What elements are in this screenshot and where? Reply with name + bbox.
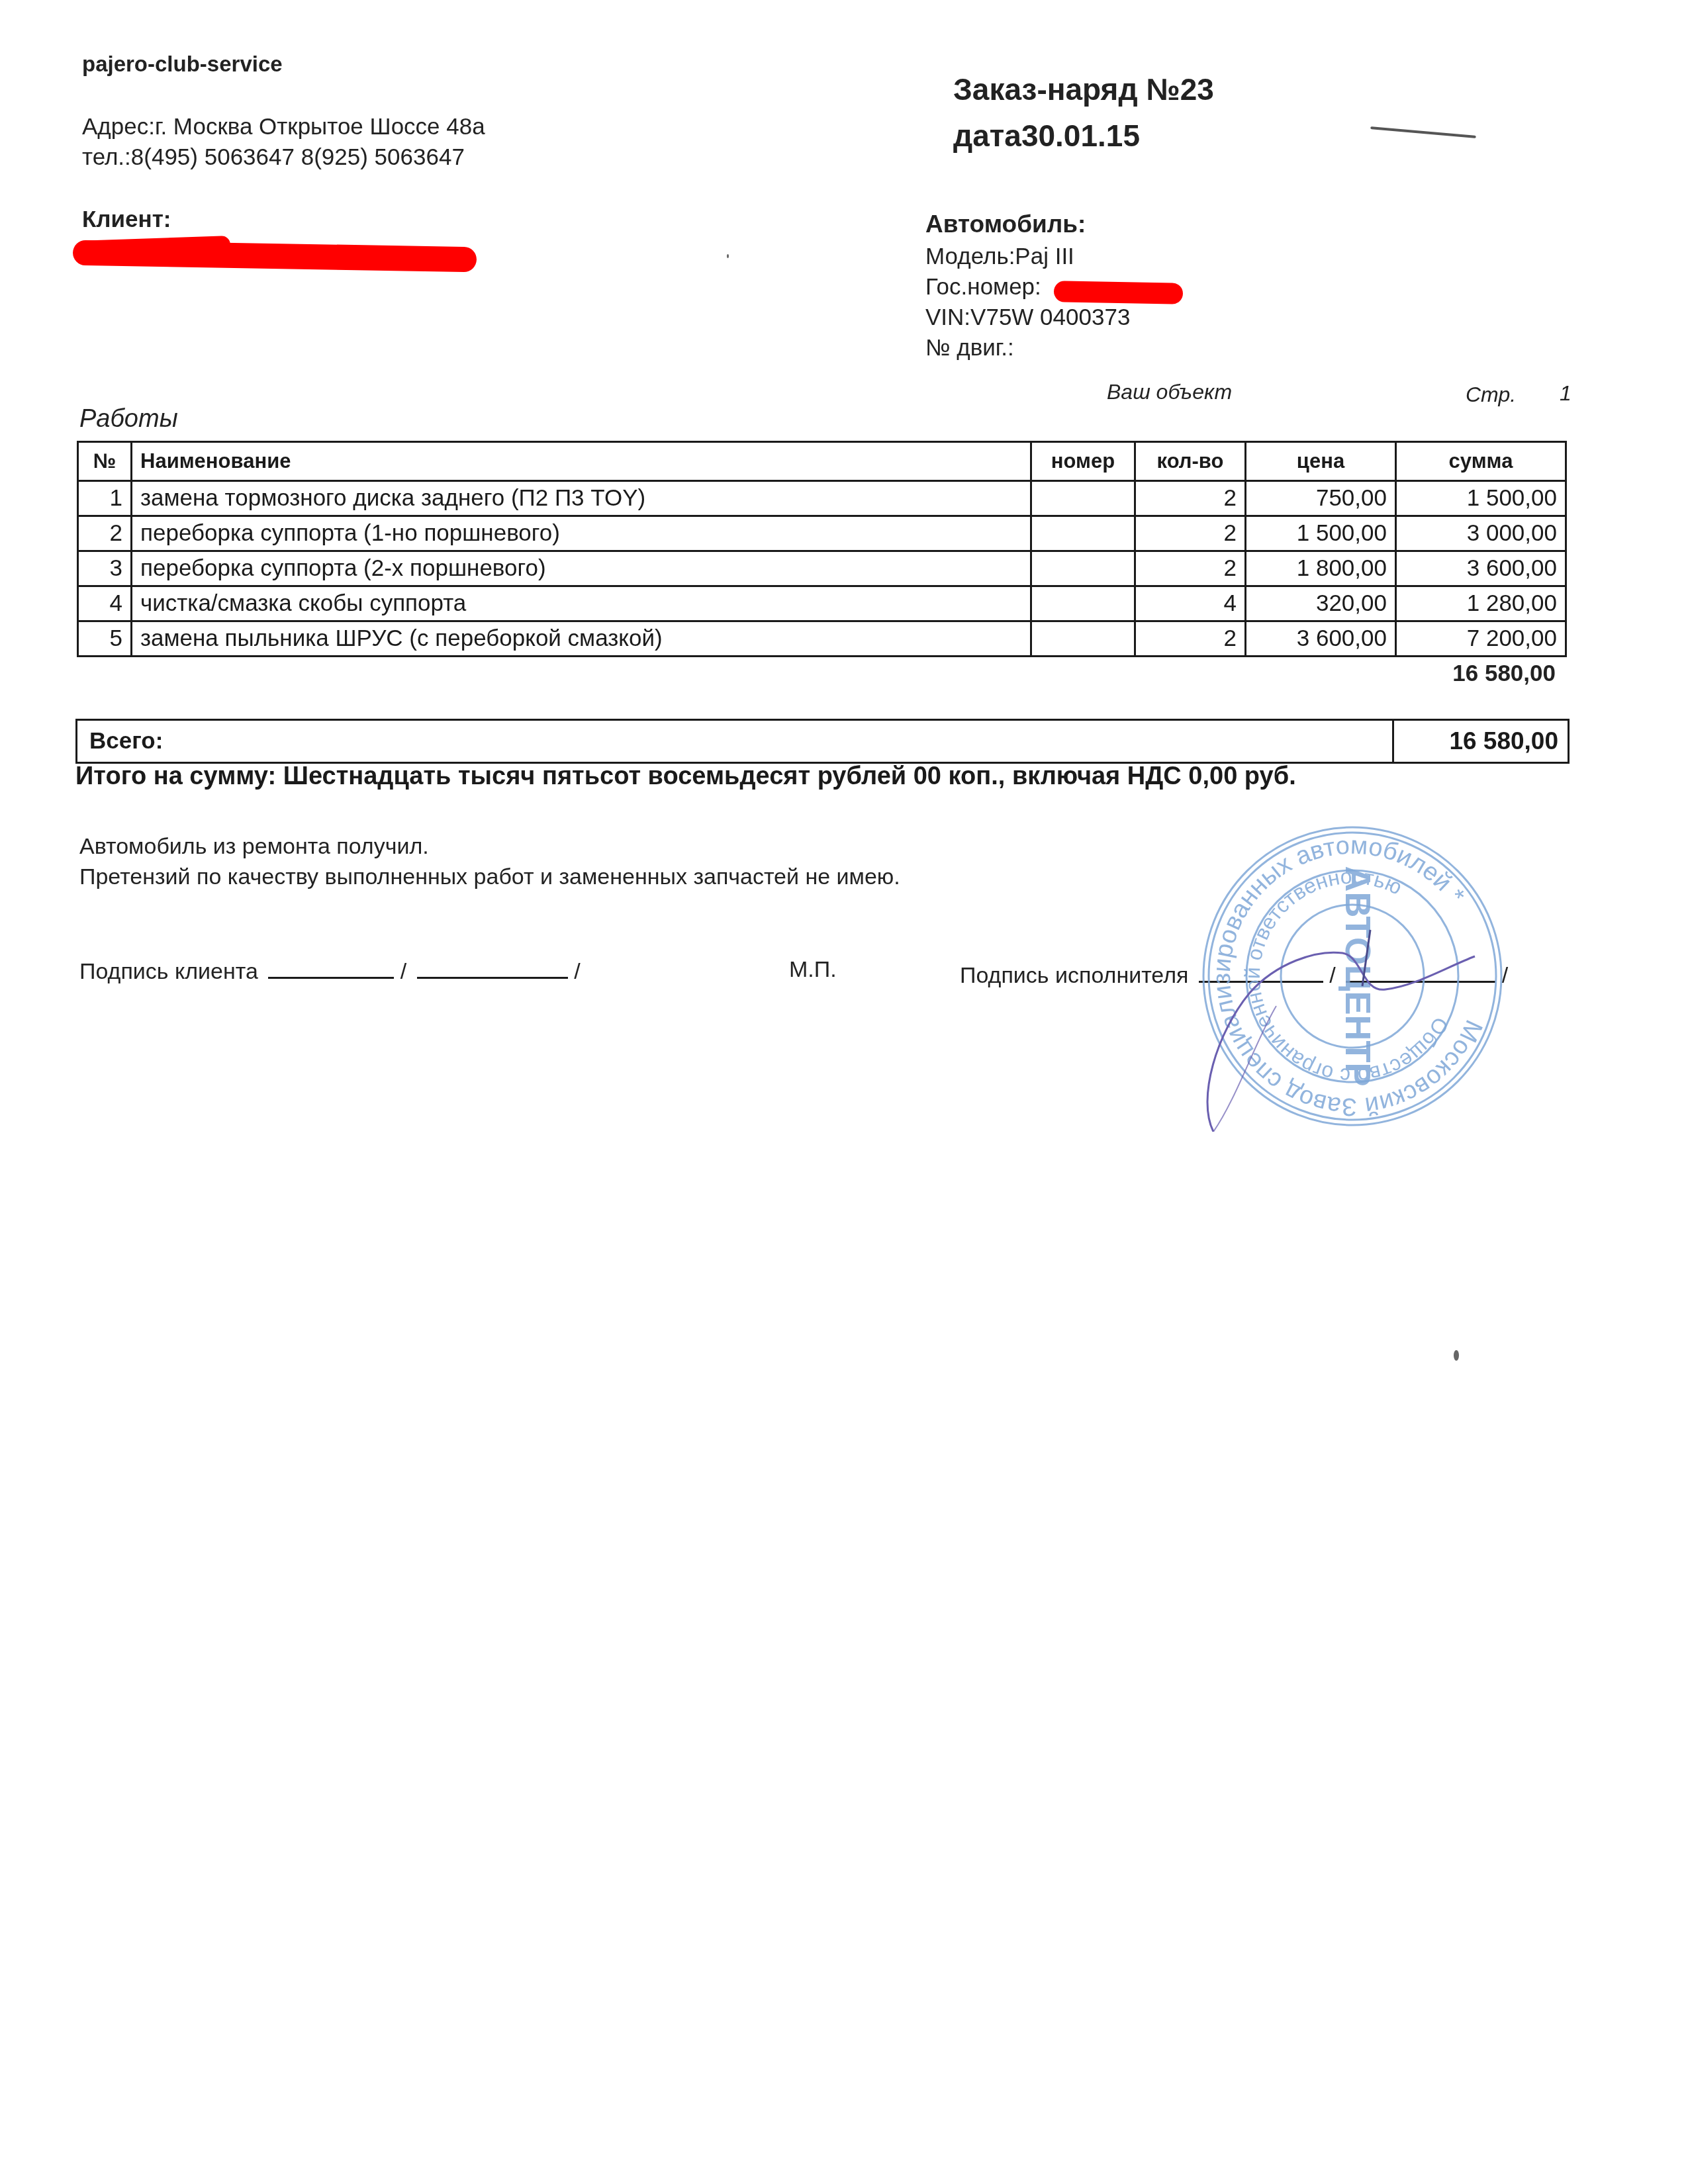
works-subtotal: 16 580,00 [1383,660,1556,687]
row-number: 3 [78,551,132,586]
row-sum: 7 200,00 [1396,621,1566,657]
company-address: Адрес:г. Москва Открытое Шоссе 48а [82,114,485,140]
row-part-number [1031,551,1135,586]
client-signature-separator: / [400,959,406,984]
row-price: 1 500,00 [1246,516,1396,551]
client-name-line [417,957,568,979]
table-row: 1замена тормозного диска заднего (П2 П3 … [78,481,1566,516]
row-number: 1 [78,481,132,516]
total-in-words: Итого на сумму: Шестнадцать тысяч пятьсо… [75,762,1296,791]
client-signature-block: Подпись клиента / / [79,957,581,985]
total-row: Всего: 16 580,00 [75,719,1570,764]
row-quantity: 2 [1135,481,1246,516]
table-row: 5замена пыльника ШРУС (с переборкой смаз… [78,621,1566,657]
row-price: 3 600,00 [1246,621,1396,657]
row-sum: 3 600,00 [1396,551,1566,586]
date-value: 30.01.15 [1021,118,1140,153]
acceptance-line-2: Претензий по качеству выполненных работ … [79,864,900,890]
stamp-place-label: М.П. [789,957,837,983]
row-sum: 3 000,00 [1396,516,1566,551]
row-part-number [1031,621,1135,657]
total-value: 16 580,00 [1392,721,1568,762]
total-label: Всего: [77,721,1392,762]
col-sum: сумма [1396,442,1566,481]
row-name: переборка суппорта (1-но поршневого) [132,516,1031,551]
scan-speck [727,254,729,258]
row-name: переборка суппорта (2-х поршневого) [132,551,1031,586]
row-price: 750,00 [1246,481,1396,516]
executor-signature-label: Подпись исполнителя [960,963,1188,988]
company-name: pajero-club-service [82,52,283,77]
client-name-separator: / [574,959,580,984]
scan-speck [1454,1350,1459,1361]
row-part-number [1031,516,1135,551]
company-stamp: Московский Завод специализированных авто… [1197,821,1508,1132]
object-label: Ваш объект [1107,380,1232,404]
client-signature-label: Подпись клиента [79,959,258,984]
vehicle-plate-redaction [1054,281,1184,304]
row-price: 320,00 [1246,586,1396,621]
table-row: 4чистка/смазка скобы суппорта4320,001 28… [78,586,1566,621]
vehicle-heading: Автомобиль: [925,210,1086,238]
row-price: 1 800,00 [1246,551,1396,586]
acceptance-line-1: Автомобиль из ремонта получил. [79,834,429,860]
row-number: 5 [78,621,132,657]
row-part-number [1031,586,1135,621]
row-quantity: 4 [1135,586,1246,621]
works-table-header: № Наименование номер кол-во цена сумма [78,442,1566,481]
vehicle-model: Модель:Paj III [925,244,1074,270]
col-part-number: номер [1031,442,1135,481]
row-number: 2 [78,516,132,551]
vehicle-plate-label: Гос.номер: [925,274,1041,300]
vehicle-engine-number: № двиг.: [925,335,1014,361]
vehicle-vin: VIN:V75W 0400373 [925,304,1130,331]
company-phone: тел.:8(495) 5063647 8(925) 5063647 [82,144,465,171]
row-name: замена тормозного диска заднего (П2 П3 T… [132,481,1031,516]
row-sum: 1 500,00 [1396,481,1566,516]
row-sum: 1 280,00 [1396,586,1566,621]
col-quantity: кол-во [1135,442,1246,481]
table-row: 3переборка суппорта (2-х поршневого)21 8… [78,551,1566,586]
client-signature-line [268,957,394,979]
table-row: 2переборка суппорта (1-но поршневого)21 … [78,516,1566,551]
row-number: 4 [78,586,132,621]
stamp-center-text: АВТОЦЕНТР [1338,866,1378,1086]
order-date: дата30.01.15 [953,118,1140,154]
col-name: Наименование [132,442,1031,481]
pen-mark [1370,126,1476,138]
row-name: чистка/смазка скобы суппорта [132,586,1031,621]
row-quantity: 2 [1135,516,1246,551]
page-number: 1 [1560,381,1571,406]
date-label: дата [953,118,1021,153]
works-section-title: Работы [79,405,178,433]
row-part-number [1031,481,1135,516]
col-price: цена [1246,442,1396,481]
order-title: Заказ-наряд №23 [953,71,1214,107]
row-quantity: 2 [1135,551,1246,586]
row-name: замена пыльника ШРУС (с переборкой смазк… [132,621,1031,657]
client-label: Клиент: [82,206,171,233]
row-quantity: 2 [1135,621,1246,657]
col-number: № [78,442,132,481]
works-table: № Наименование номер кол-во цена сумма 1… [77,441,1567,657]
page-label: Стр. [1466,383,1516,407]
